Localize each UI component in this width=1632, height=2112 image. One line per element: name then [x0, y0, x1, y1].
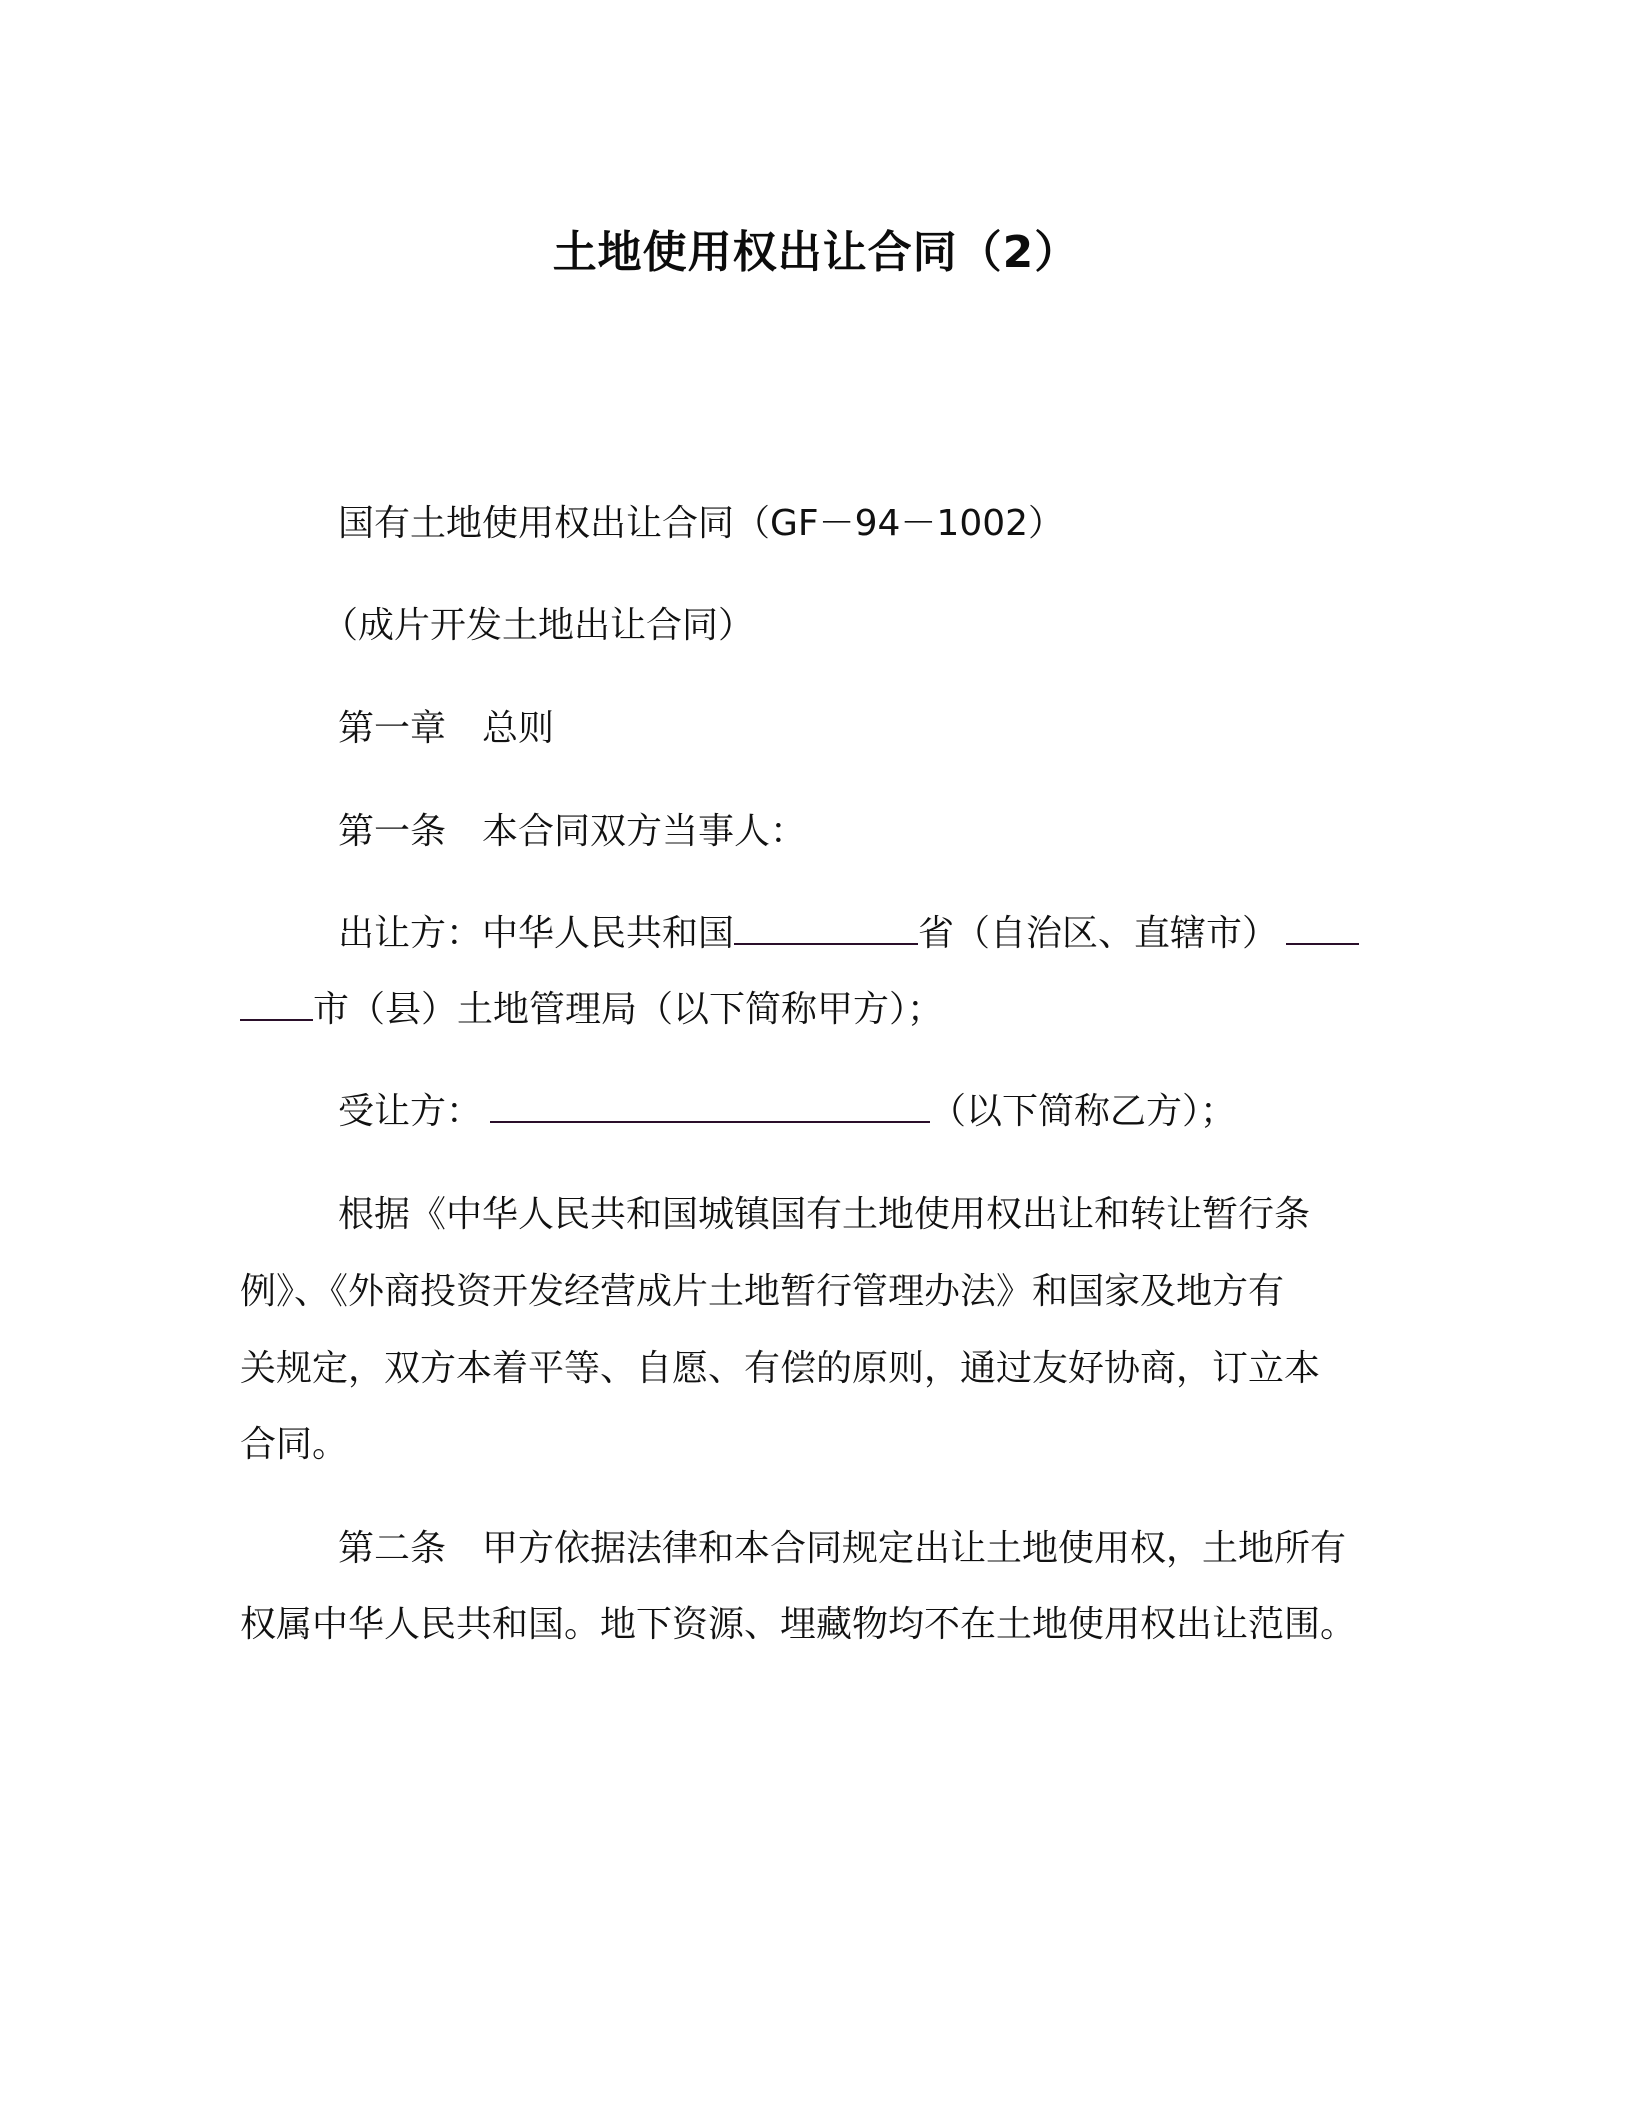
document-page: 土地使用权出让合同（2） 国有土地使用权出让合同（GF－94－1002） （成片… [0, 0, 1632, 2112]
transferee-line: 受让方：（以下简称乙方）； [338, 1090, 1368, 1134]
article-1-text: 本合同双方当事人： [482, 811, 806, 852]
transferor-label: 出让方： [338, 913, 482, 954]
province-blank-field[interactable] [734, 913, 918, 945]
chapter-name: 总则 [482, 708, 554, 749]
article-2-line-1: 第二条甲方依据法律和本合同规定出让土地使用权，土地所有 [338, 1527, 1368, 1571]
transferor-line-2: 市（县）土地管理局（以下简称甲方）； [240, 988, 1368, 1032]
article-1: 第一条本合同双方当事人： [338, 810, 1368, 854]
basis-paragraph-line-2: 例》、《外商投资开发经营成片土地暂行管理办法》和国家及地方有 [240, 1270, 1368, 1314]
article-2-text-1: 甲方依据法律和本合同规定出让土地使用权，土地所有 [482, 1528, 1346, 1569]
city-blank-field-part2[interactable] [240, 989, 313, 1021]
city-blank-field-part1[interactable] [1286, 913, 1359, 945]
transferee-blank-field[interactable] [490, 1091, 930, 1123]
province-suffix: 省（自治区、直辖市） [918, 913, 1278, 954]
transferee-suffix: （以下简称乙方）； [930, 1091, 1236, 1132]
chapter-heading: 第一章总则 [338, 707, 1368, 751]
contract-subtitle: （成片开发土地出让合同） [322, 604, 1450, 648]
article-1-number: 第一条 [338, 811, 446, 852]
document-title: 土地使用权出让合同（2） [0, 226, 1632, 280]
basis-paragraph-line-4: 合同。 [240, 1423, 1368, 1467]
article-2-number: 第二条 [338, 1528, 446, 1569]
article-2-line-2: 权属中华人民共和国。地下资源、埋藏物均不在土地使用权出让范围。 [240, 1603, 1368, 1647]
basis-paragraph-line-1: 根据《中华人民共和国城镇国有土地使用权出让和转让暂行条 [338, 1193, 1368, 1237]
transferee-label: 受让方： [338, 1091, 482, 1132]
basis-paragraph-line-3: 关规定，双方本着平等、自愿、有偿的原则，通过友好协商，订立本 [240, 1347, 1368, 1391]
city-suffix: 市（县）土地管理局（以下简称甲方）； [313, 989, 943, 1030]
transferor-line-1: 出让方：中华人民共和国省（自治区、直辖市） [338, 912, 1368, 956]
contract-code-line: 国有土地使用权出让合同（GF－94－1002） [338, 502, 1368, 546]
transferor-prefix: 中华人民共和国 [482, 913, 734, 954]
chapter-number: 第一章 [338, 708, 446, 749]
